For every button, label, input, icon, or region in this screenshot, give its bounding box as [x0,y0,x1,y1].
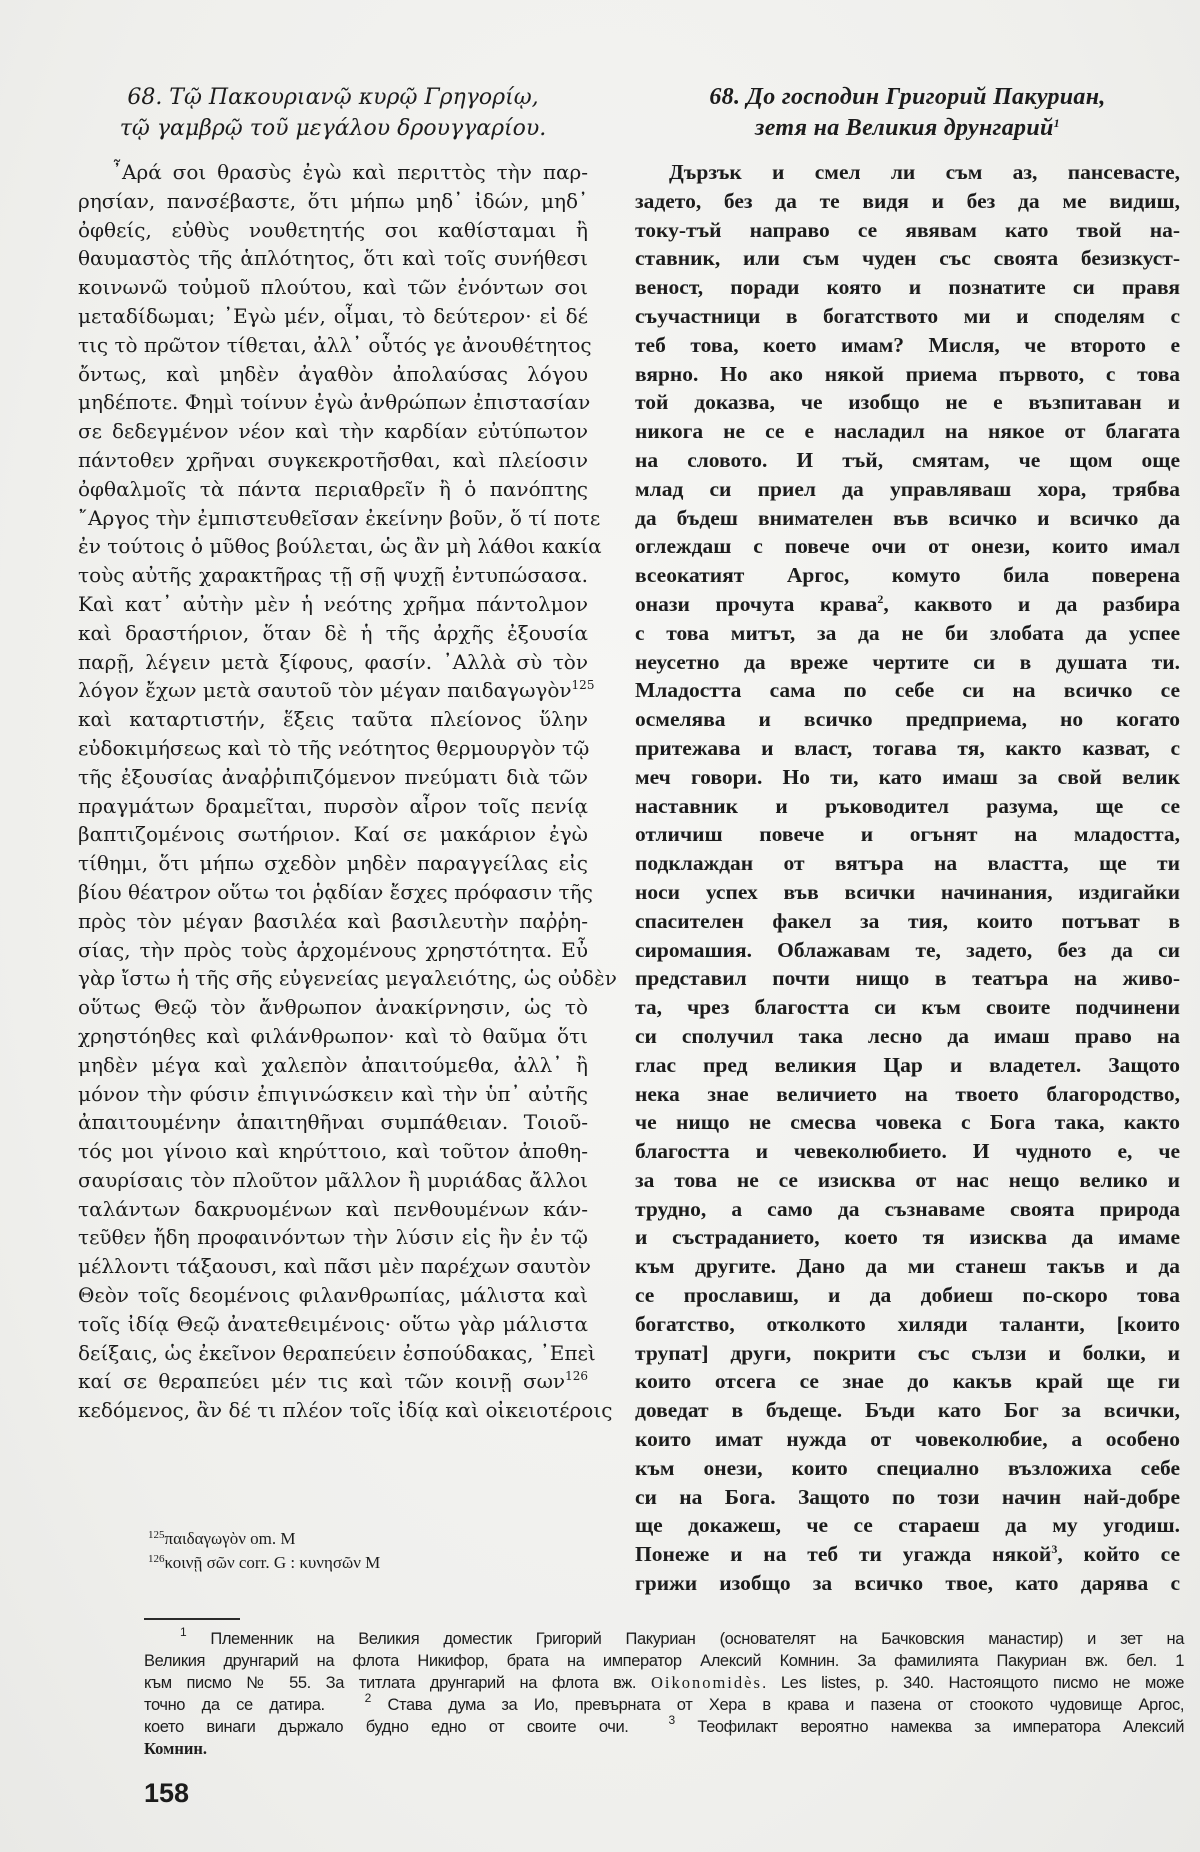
critical-apparatus: 125παιδαγωγὸν om. M 126κοινῇ σῶν corr. G… [148,1527,380,1575]
bulgarian-line-text: с това митът, за да не би злобата да усп… [635,621,1180,645]
greek-text-line: Καὶ κατ᾽ αὐτὴν μὲν ἡ νεότης χρῆμα πάντολ… [78,590,588,619]
footnote-3-line: Комнин. [144,1738,1184,1760]
greek-text-line: ὄντως, καὶ μηδὲν ἀγαθὸν ἀπολαύσας λόγου [78,360,588,389]
greek-text-line: τίθημι, ὅτι μήπω σχεδὸν μηδὲν παραγγείλα… [78,849,588,878]
bulgarian-line-text: ще докажеш, че се стараеш да му угодиш. [635,1513,1180,1537]
bulgarian-line-text: благостта и чевеколюбието. И чудното е, … [635,1139,1180,1163]
bulgarian-title-line-1: 68. До господин Григорий Пакуриан, [635,82,1180,113]
greek-line-text: χρηστόηθες καὶ φιλάνθρωπον· καὶ τὸ θαῦμα… [78,1024,588,1048]
bulgarian-line-text: меч говори. Но ти, като имаш за свой вел… [635,765,1180,789]
greek-text-line: ἀπαιτουμένην ἀπαιτηθῆναι συμπάθειαν. Τοι… [78,1108,588,1137]
greek-line-text: ἀπαιτουμένην ἀπαιτηθῆναι συμπάθειαν. Τοι… [78,1110,588,1134]
bulgarian-line-text: неусетно да вреже чертите си в душата ти… [635,650,1180,674]
footnote-text: точно да се датира. [144,1696,325,1714]
greek-line-text: σαυρίσαις τὸν πλοῦτον μᾶλλον ἢ μυριάδας … [78,1168,588,1192]
bulgarian-text-line: неусетно да вреже чертите си в душата ти… [635,648,1180,677]
bulgarian-line-text: богатство, отколкото хиляди таланти, [ко… [635,1312,1180,1336]
greek-text-line: ῏Αρά σοι θρασὺς ἐγὼ καὶ περιττὸς τὴν παρ… [78,158,588,187]
bulgarian-line-text: притежава и власт, тогава тя, както казв… [635,736,1180,760]
greek-line-text: ὀφθείς, εὐθὺς νουθετητής σοι καθίσταμαι … [78,218,588,242]
greek-line-text: ῎Αργος τὴν ἐμπιστευθεῖσαν ἐκείνην βοῦν, … [78,506,600,530]
footnote-2-text: Става дума за Ио, превърната от Хера в к… [387,1696,1184,1714]
bulgarian-line-text: никога не се е насладил на някое от благ… [635,419,1180,443]
book-page: 68. Τῷ Πακουριανῷ κυρῷ Γρηγορίῳ, τῷ γαμβ… [0,0,1200,1852]
bulgarian-text-line: доведат в бъдеще. Бъди като Бог за всичк… [635,1396,1180,1425]
bulgarian-text-line: сиромашия. Облажавам те, задето, без да … [635,936,1180,965]
greek-line-text: ῏Αρά σοι θρασὺς ἐγὼ καὶ περιττὸς τὴν παρ… [112,160,588,184]
footnote-author: Oikonomidès [651,1673,762,1692]
greek-line-text: πρὸς τὸν μέγαν βασιλέα καὶ βασιλευτὴν πα… [78,909,588,933]
bulgarian-text-line: към другите. Дано да ми станеш такъв и д… [635,1252,1180,1281]
greek-text-line: ἐν τούτοις ὁ μῦθος βούλεται, ὡς ἂν μὴ λά… [78,532,588,561]
apparatus-number: 126 [148,1553,165,1565]
bulgarian-line-text: доведат в бъдеще. Бъди като Бог за всичк… [635,1398,1180,1422]
greek-text-line: τοῖς ἰδίᾳ Θεῷ ἀνατεθειμένοις· οὕτω γὰρ μ… [78,1310,588,1339]
greek-line-text: μέλλοντι τάξαουσι, καὶ πᾶσι μὲν παρέχων … [78,1254,591,1278]
greek-line-text: καὶ δραστήριον, ὅταν δὲ ἡ τῆς ἀρχῆς ἐξου… [78,621,588,645]
bulgarian-text-line: току-тъй направо се явявам като твой на- [635,216,1180,245]
greek-text-line: οὕτως Θεῷ τὸν ἄνθρωπον ἀνακίρνησιν, ὡς τ… [78,993,588,1022]
bulgarian-text-line: онази прочута крава2, каквото и да разби… [635,590,1180,619]
bulgarian-line-text: Понеже и на теб ти угажда някой [635,1542,1051,1566]
bulgarian-text-line: и състраданието, което тя изисква да има… [635,1223,1180,1252]
greek-line-text: τοὺς αὐτῆς χαρακτῆρας τῇ σῇ ψυχῇ ἐντυπώσ… [78,563,588,587]
greek-line-text: μόνον τὴν φύσιν ἐπιγινώσκειν καὶ τὴν ὑπ᾽… [78,1082,588,1106]
bulgarian-text-line: към онези, които специално възложиха себ… [635,1454,1180,1483]
greek-text-line: δείξαις, ὡς ἐκεῖνον θεραπεύειν ἐσπούδακα… [78,1339,588,1368]
greek-line-text: μηδέποτε. Φημὶ τοίνυν ἐγὼ ἀνθρώπων ἐπιστ… [78,390,590,414]
bulgarian-text-line: вярно. Но ако някой приема първото, с то… [635,360,1180,389]
bulgarian-text-line: никога не се е насладил на някое от благ… [635,417,1180,446]
footnote-text: . Les listes, p. 340. Настоящото писмо н… [762,1674,1184,1692]
bulgarian-text-line: Понеже и на теб ти угажда някой3, който … [635,1540,1180,1569]
bulgarian-line-text: си на Бога. Защото по този начин най-доб… [635,1485,1180,1509]
bulgarian-line-text: се прославиш, и да добиеш по-скоро това [635,1283,1180,1307]
greek-text-line: μηδέποτε. Φημὶ τοίνυν ἐγὼ ἀνθρώπων ἐπιστ… [78,388,588,417]
greek-line-text: τεῦθεν ἤδη προφαινόντων τὴν λύσιν εἰς ἣν… [78,1225,588,1249]
greek-letter-title: 68. Τῷ Πακουριανῷ κυρῷ Γρηγορίῳ, τῷ γαμβ… [78,82,588,144]
bulgarian-text-line: си сполучил така лесно да имаш право на [635,1022,1180,1051]
greek-text-line: χρηστόηθες καὶ φιλάνθρωπον· καὶ τὸ θαῦμα… [78,1022,588,1051]
bulgarian-line-text: онази прочута крава [635,592,877,616]
bulgarian-text-line: съучастници в богатството ми и споделям … [635,302,1180,331]
bulgarian-line-text: всеокатият Аргос, комуто била поверена [635,563,1180,587]
greek-text-line: τις τὸ πρῶτον τίθεται, ἀλλ᾽ οὗτός γε ἀνο… [78,331,588,360]
bulgarian-line-text: теб това, което имам? Мисля, че второто … [635,333,1180,357]
bulgarian-text-line: отличиш повече и огънят на младостта, [635,820,1180,849]
bulgarian-line-text: осмелява и всичко предприема, но когато [635,707,1180,731]
greek-text-line: μόνον τὴν φύσιν ἐπιγινώσκειν καὶ τὴν ὑπ᾽… [78,1080,588,1109]
bulgarian-text-line: богатство, отколкото хиляди таланти, [ко… [635,1310,1180,1339]
bulgarian-line-text: , който се [1057,1542,1180,1566]
bulgarian-title-line-2-text: зетя на Великия друнгарий [755,115,1054,141]
greek-line-text: καί σε θεραπεύει μέν τις καὶ τῶν κοινῇ σ… [78,1369,565,1393]
bulgarian-line-text: си сполучил така лесно да имаш право на [635,1024,1180,1048]
bulgarian-line-text: та, чрез благостта си към своите подчине… [635,995,1180,1019]
bulgarian-line-text: веност, поради която и познатите си прав… [635,275,1180,299]
greek-text-line: σαυρίσαις τὸν πλοῦτον μᾶλλον ἢ μυριάδας … [78,1166,588,1195]
bulgarian-line-text: подклаждан от вятъра на властта, ще ти [635,851,1180,875]
greek-line-text: ἐν τούτοις ὁ μῦθος βούλεται, ὡς ἂν μὴ λά… [78,534,602,558]
greek-line-text: τοῖς ἰδίᾳ Θεῷ ἀνατεθειμένοις· οὕτω γὰρ μ… [78,1312,588,1336]
apparatus-entry: 126κοινῇ σῶν corr. G : κυνησῶν M [148,1551,380,1575]
bulgarian-title-line-2: зетя на Великия друнгарий1 [635,113,1180,144]
greek-text-line: τοὺς αὐτῆς χαρακτῆρας τῇ σῇ ψυχῇ ἐντυπώσ… [78,561,588,590]
greek-line-text: βαπτιζομένοις σωτήριον. Καί σε μακάριον … [78,822,588,846]
bulgarian-text-line: та, чрез благостта си към своите подчине… [635,993,1180,1022]
apparatus-ref-126[interactable]: 126 [565,1369,588,1383]
greek-line-text: γὰρ ἴστω ἡ τῆς σῆς εὐγενείας μεγαλειότης… [78,966,617,990]
bulgarian-line-text: грижи изобщо за всичко твое, като дарява… [635,1571,1180,1595]
bulgarian-text-line: които отсега се знае до какъв край ще ги [635,1367,1180,1396]
footnote-number: 1 [180,1625,186,1639]
greek-text-line: κοινωνῶ τοὐμοῦ πλούτου, καὶ τῶν ἐνόντων … [78,273,588,302]
bulgarian-text-line: спасителен факел за тия, които потъват в [635,907,1180,936]
greek-text-line: θαυμαστὸς τῆς ἁπλότητος, ὅτι καὶ τοῖς συ… [78,244,588,273]
bulgarian-text-line: носи успех във всички начинания, издигай… [635,878,1180,907]
greek-text-line: ὀφθείς, εὐθὺς νουθετητής σοι καθίσταμαι … [78,216,588,245]
greek-text-line: κεδόμενος, ἂν δέ τι πλέον τοῖς ἰδίᾳ καὶ … [78,1396,588,1425]
greek-text-line: καὶ δραστήριον, ὅταν δὲ ἡ τῆς ἀρχῆς ἐξου… [78,619,588,648]
bulgarian-text-line: меч говори. Но ти, като имаш за свой вел… [635,763,1180,792]
bulgarian-text-line: за това не се изисква от нас нещо велико… [635,1166,1180,1195]
greek-text-line: βίου θέατρον οὕτω τοι ῥᾳδίαν ἔσχες πρόφα… [78,878,588,907]
greek-text-column: 68. Τῷ Πακουριανῷ κυρῷ Γρηγορίῳ, τῷ γαμβ… [78,82,588,1425]
greek-line-text: ὀφθαλμοῖς τὰ πάντα περιαθρεῖν ἢ ὁ πανόπτ… [78,477,588,501]
greek-text-line: τεῦθεν ἤδη προφαινόντων τὴν λύσιν εἰς ἣν… [78,1223,588,1252]
bulgarian-text-line: че нищо не смесва човека с Бога така, ка… [635,1108,1180,1137]
greek-text-line: εὐδοκιμήσεως καὶ τὸ τῆς νεότητος θερμουρ… [78,734,588,763]
bulgarian-line-text: нека знае величието на твоето благородст… [635,1082,1180,1106]
bulgarian-text-line: той доказва, че изобщо не е възпитаван и [635,388,1180,417]
greek-body-text: ῏Αρά σοι θρασὺς ἐγὼ καὶ περιττὸς τὴν παρ… [78,158,588,1425]
bulgarian-line-text: вярно. Но ако някой приема първото, с то… [635,362,1180,386]
bulgarian-text-line: ще докажеш, че се стараеш да му угодиш. [635,1511,1180,1540]
bulgarian-line-text: и състраданието, което тя изисква да има… [635,1225,1180,1249]
greek-text-line: παρῇ, λέγειν μετὰ ξίφους, φασίν. ᾿Αλλὰ σ… [78,648,588,677]
bulgarian-text-line: наставник и ръководител разума, ще се [635,792,1180,821]
bulgarian-line-text: да бъдеш внимателен във всичко и всичко … [635,506,1180,530]
bulgarian-line-text: към онези, които специално възложиха себ… [635,1456,1180,1480]
greek-title-line-2: τῷ γαμβρῷ τοῦ μεγάλου δρουγγαρίου. [78,113,588,144]
greek-text-line: πρὸς τὸν μέγαν βασιλέα καὶ βασιλευτὴν πα… [78,907,588,936]
greek-line-text: Θεὸν τοῖς δεομένοις φιλανθρωπίας, μάλιστ… [78,1283,588,1307]
footnote-text: към писмо № 55. За титлата друнгарий на … [144,1674,636,1692]
apparatus-number: 125 [148,1529,165,1541]
bulgarian-text-line: млад си приел да управляваш хора, трябва [635,475,1180,504]
bulgarian-text-line: осмелява и всичко предприема, но когато [635,705,1180,734]
greek-line-text: τῆς ἐξουσίας ἀναῤῥιπιζόμενον πνεύματι δι… [78,765,588,789]
bulgarian-line-text: за това не се изисква от нас нещо велико… [635,1168,1180,1192]
bulgarian-text-line: представил почти нищо в театъра на живо- [635,964,1180,993]
greek-line-text: θαυμαστὸς τῆς ἁπλότητος, ὅτι καὶ τοῖς συ… [78,246,588,270]
greek-line-text: σίας, τὴν πρὸς τοὺς ἀρχομένους χρηστότητ… [78,938,588,962]
greek-text-line: γὰρ ἴστω ἡ τῆς σῆς εὐγενείας μεγαλειότης… [78,964,588,993]
greek-line-text: καὶ καταρτιστήν, ἕξεις ταῦτα πλείονος ὕλ… [78,707,588,731]
bulgarian-line-text: трудно, а само да съзнаваме своята приро… [635,1197,1180,1221]
apparatus-entry: 125παιδαγωγὸν om. M [148,1527,380,1551]
bulgarian-text-line: ставник, или съм чуден със своята безизк… [635,244,1180,273]
greek-line-text: παρῇ, λέγειν μετὰ ξίφους, φασίν. ᾿Αλλὰ σ… [78,650,588,674]
bulgarian-text-line: които имат нужда от човеколюбие, а особе… [635,1425,1180,1454]
bulgarian-body-text: Дързък и смел ли съм аз, пансевасте,заде… [635,158,1180,1598]
bulgarian-text-line: притежава и власт, тогава тя, както казв… [635,734,1180,763]
greek-text-line: ῎Αργος τὴν ἐμπιστευθεῖσαν ἐκείνην βοῦν, … [78,504,588,533]
bulgarian-text-line: трупат] други, покрити със сълзи и болки… [635,1339,1180,1368]
bulgarian-line-text: които имат нужда от човеколюбие, а особе… [635,1427,1180,1451]
greek-line-text: μεταδίδωμαι; ᾿Εγὼ μέν, οἶμαι, τὸ δεύτερο… [78,304,588,328]
footnote-3-text: Теофилакт вероятно намеква за императора… [697,1718,1184,1736]
bulgarian-line-text: трупат] други, покрити със сълзи и болки… [635,1341,1180,1365]
greek-line-text: ρησίαν, πανσέβαστε, ὅτι μήπω μηδ᾽ ἰδών, … [78,189,588,213]
greek-line-text: πάντοθεν χρῆναι συγκεκροτῆσθαι, καὶ πλεί… [78,448,588,472]
bulgarian-line-text: задето, без да те видя и без да ме видиш… [635,189,1180,213]
bulgarian-line-text: представил почти нищо в театъра на живо- [635,966,1180,990]
bulgarian-line-text: Дързък и смел ли съм аз, пансевасте, [669,160,1180,184]
footnote-1-line: 1 Племенник на Великия доместик Григорий… [144,1628,1184,1650]
bulgarian-line-text: носи успех във всички начинания, издигай… [635,880,1180,904]
bulgarian-line-text: , каквото и да разбира [883,592,1180,616]
page-number: 158 [144,1778,189,1809]
greek-text-line: σε δεδεγμένον νέον καὶ τὴν καρδίαν εὐτύπ… [78,417,588,446]
bulgarian-text-line: всеокатият Аргос, комуто била поверена [635,561,1180,590]
bulgarian-line-text: Младостта сама по себе си на всичко се [635,678,1180,702]
greek-line-text: ταλάντων δακρυομένων καὶ πενθουμένων κάν… [78,1197,588,1221]
greek-line-text: οὕτως Θεῷ τὸν ἄνθρωπον ἀνακίρνησιν, ὡς τ… [78,995,588,1019]
bulgarian-line-text: току-тъй направо се явявам като твой на- [635,218,1180,242]
footnote-number: 3 [668,1713,674,1727]
footnotes: 1 Племенник на Великия доместик Григорий… [144,1628,1184,1760]
greek-line-text: εὐδοκιμήσεως καὶ τὸ τῆς νεότητος θερμουρ… [78,736,589,760]
greek-line-text: κεδόμενος, ἂν δέ τι πλέον τοῖς ἰδίᾳ καὶ … [78,1398,612,1422]
bulgarian-text-line: на словото. И тъй, смятам, че щом още [635,446,1180,475]
apparatus-ref-125[interactable]: 125 [572,678,595,692]
greek-text-line: Θεὸν τοῖς δεομένοις φιλανθρωπίας, μάλιστ… [78,1281,588,1310]
bulgarian-line-text: сиромашия. Облажавам те, задето, без да … [635,938,1180,962]
greek-text-line: μηδὲν μέγα καὶ χαλεπὸν ἀπαιτούμεθα, ἀλλ᾽… [78,1051,588,1080]
bulgarian-text-line: оглеждаш с повече очи от онези, които им… [635,532,1180,561]
bulgarian-line-text: млад си приел да управляваш хора, трябва [635,477,1180,501]
greek-line-text: βίου θέατρον οὕτω τοι ῥᾳδίαν ἔσχες πρόφα… [78,880,593,904]
greek-text-line: καί σε θεραπεύει μέν τις καὶ τῶν κοινῇ σ… [78,1367,588,1396]
footnote-1-line: към писмо № 55. За титлата друнгарий на … [144,1672,1184,1694]
bulgarian-text-line: подклаждан от вятъра на властта, ще ти [635,849,1180,878]
bulgarian-line-text: оглеждаш с повече очи от онези, които им… [635,534,1180,558]
bulgarian-text-line: Младостта сама по себе си на всичко се [635,676,1180,705]
footnote-text: Племенник на Великия доместик Григорий П… [210,1630,1184,1648]
greek-text-line: ρησίαν, πανσέβαστε, ὅτι μήπω μηδ᾽ ἰδών, … [78,187,588,216]
greek-text-line: σίας, τὴν πρὸς τοὺς ἀρχομένους χρηστότητ… [78,936,588,965]
bulgarian-line-text: които отсега се знае до какъв край ще ги [635,1369,1180,1393]
bulgarian-line-text: че нищо не смесва човека с Бога така, ка… [635,1110,1180,1134]
bulgarian-line-text: съучастници в богатството ми и споделям … [635,304,1180,328]
footnote-mixed-line: точно да се датира.2 Става дума за Ио, п… [144,1694,1184,1716]
footnote-mixed-line: което винаги държало будно едно от своит… [144,1716,1184,1738]
greek-text-line: ταλάντων δακρυομένων καὶ πενθουμένων κάν… [78,1195,588,1224]
greek-text-line: τῆς ἐξουσίας ἀναῤῥιπιζόμενον πνεύματι δι… [78,763,588,792]
greek-text-line: πραγμάτων δραμεῖται, πυρσὸν αἶρον τοῖς π… [78,792,588,821]
greek-line-text: τός μοι γίνοιο καὶ κηρύττοιο, καὶ τοῦτον… [78,1139,588,1163]
bulgarian-line-text: спасителен факел за тия, които потъват в [635,909,1180,933]
greek-line-text: κοινωνῶ τοὐμοῦ πλούτου, καὶ τῶν ἐνόντων … [78,275,588,299]
greek-title-line-1: 68. Τῷ Πακουριανῷ κυρῷ Γρηγορίῳ, [78,82,588,113]
bulgarian-text-line: нека знае величието на твоето благородст… [635,1080,1180,1109]
greek-line-text: ὄντως, καὶ μηδὲν ἀγαθὸν ἀπολαύσας λόγου [78,362,588,386]
greek-text-line: μέλλοντι τάξαουσι, καὶ πᾶσι μὲν παρέχων … [78,1252,588,1281]
greek-line-text: δείξαις, ὡς ἐκεῖνον θεραπεύειν ἐσπούδακα… [78,1341,596,1365]
bulgarian-text-line: се прославиш, и да добиеш по-скоро това [635,1281,1180,1310]
footnote-ref-1[interactable]: 1 [1054,116,1060,130]
bulgarian-text-line: с това митът, за да не би злобата да усп… [635,619,1180,648]
bulgarian-text-line: грижи изобщо за всичко твое, като дарява… [635,1569,1180,1598]
apparatus-text: κοινῇ σῶν corr. G : κυνησῶν M [165,1553,381,1572]
greek-line-text: Καὶ κατ᾽ αὐτὴν μὲν ἡ νεότης χρῆμα πάντολ… [78,592,588,616]
bulgarian-text-line: трудно, а само да съзнаваме своята приро… [635,1195,1180,1224]
bulgarian-text-line: Дързък и смел ли съм аз, пансевасте, [635,158,1180,187]
footnote-divider [144,1618,240,1620]
bulgarian-line-text: той доказва, че изобщо не е възпитаван и [635,390,1180,414]
bulgarian-letter-title: 68. До господин Григорий Пакуриан, зетя … [635,82,1180,144]
greek-text-line: καὶ καταρτιστήν, ἕξεις ταῦτα πλείονος ὕλ… [78,705,588,734]
bulgarian-text-line: веност, поради която и познатите си прав… [635,273,1180,302]
bulgarian-line-text: към другите. Дано да ми станеш такъв и д… [635,1254,1180,1278]
greek-line-text: τις τὸ πρῶτον τίθεται, ἀλλ᾽ οὗτός γε ἀνο… [78,333,592,357]
bulgarian-text-line: теб това, което имам? Мисля, че второто … [635,331,1180,360]
apparatus-text: παιδαγωγὸν om. M [165,1529,296,1548]
footnote-1-line: Великия друнгарий на флота Никифор, брат… [144,1650,1184,1672]
footnote-2-text: което винаги държало будно едно от своит… [144,1718,628,1736]
greek-text-line: λόγον ἔχων μετὰ σαυτοῦ τὸν μέγαν παιδαγω… [78,676,588,705]
greek-text-line: μεταδίδωμαι; ᾿Εγὼ μέν, οἶμαι, τὸ δεύτερο… [78,302,588,331]
bulgarian-text-line: благостта и чевеколюбието. И чудното е, … [635,1137,1180,1166]
greek-text-line: ὀφθαλμοῖς τὰ πάντα περιαθρεῖν ἢ ὁ πανόπτ… [78,475,588,504]
greek-line-text: σε δεδεγμένον νέον καὶ τὴν καρδίαν εὐτύπ… [78,419,588,443]
footnote-number: 2 [365,1691,371,1705]
bulgarian-text-line: глас пред великия Цар и владетел. Защото [635,1051,1180,1080]
greek-line-text: πραγμάτων δραμεῖται, πυρσὸν αἶρον τοῖς π… [78,794,588,818]
bulgarian-line-text: наставник и ръководител разума, ще се [635,794,1180,818]
bulgarian-line-text: отличиш повече и огънят на младостта, [635,822,1180,846]
bulgarian-text-line: да бъдеш внимателен във всичко и всичко … [635,504,1180,533]
bulgarian-text-line: задето, без да те видя и без да ме видиш… [635,187,1180,216]
greek-text-line: βαπτιζομένοις σωτήριον. Καί σε μακάριον … [78,820,588,849]
bulgarian-line-text: на словото. И тъй, смятам, че щом още [635,448,1180,472]
bulgarian-text-column: 68. До господин Григорий Пакуриан, зетя … [635,82,1180,1598]
greek-line-text: λόγον ἔχων μετὰ σαυτοῦ τὸν μέγαν παιδαγω… [78,678,572,702]
greek-line-text: μηδὲν μέγα καὶ χαλεπὸν ἀπαιτούμεθα, ἀλλ᾽… [78,1053,588,1077]
greek-text-line: πάντοθεν χρῆναι συγκεκροτῆσθαι, καὶ πλεί… [78,446,588,475]
greek-text-line: τός μοι γίνοιο καὶ κηρύττοιο, καὶ τοῦτον… [78,1137,588,1166]
greek-line-text: τίθημι, ὅτι μήπω σχεδὸν μηδὲν παραγγείλα… [78,851,588,875]
bulgarian-line-text: глас пред великия Цар и владетел. Защото [635,1053,1180,1077]
bulgarian-text-line: си на Бога. Защото по този начин най-доб… [635,1483,1180,1512]
bulgarian-line-text: ставник, или съм чуден със своята безизк… [635,246,1180,270]
